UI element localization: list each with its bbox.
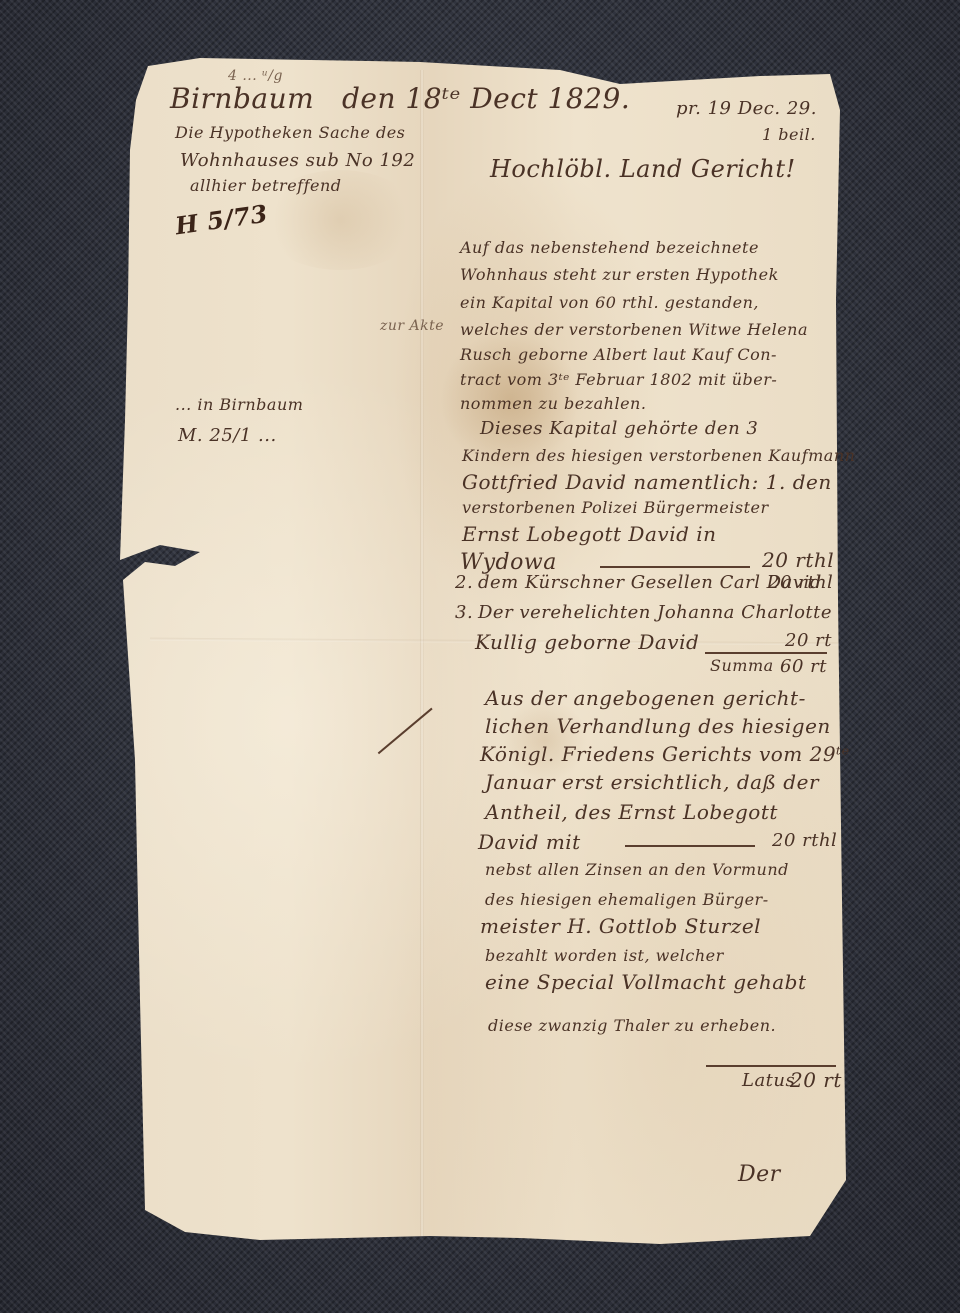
heir-3-number: 3.: [455, 602, 473, 623]
heir-1-amount: 20 rthl: [762, 548, 834, 572]
para2-line-1: Dieses Kapital gehörte den 3: [480, 418, 758, 439]
summa-label: Summa: [710, 656, 774, 675]
margin-note-2: M. 25/1 ...: [178, 425, 277, 446]
enclosure-note: 1 beil.: [762, 125, 816, 144]
para3-line-3: Königl. Friedens Gerichts vom 29ᵗᵉ: [480, 742, 850, 766]
heir-3-name-cont: Kullig geborne David: [475, 630, 699, 654]
latus-amount: 20 rt: [790, 1068, 842, 1092]
para3-line-5: Antheil, des Ernst Lobegott: [485, 800, 778, 824]
para1-line-4: welches der verstorbenen Witwe Helena: [460, 320, 808, 339]
para3-line-11: eine Special Vollmacht gehabt: [485, 970, 807, 994]
leader-line: [625, 845, 755, 847]
vertical-fold-line: [420, 70, 424, 1240]
para3-line-10: bezahlt worden ist, welcher: [485, 946, 724, 965]
para1-line-3: ein Kapital von 60 rthl. gestanden,: [460, 293, 759, 312]
latus-rule: [706, 1065, 836, 1067]
document-photo: 4 ... ᵘ/g Birnbaum den 18ᵗᵉ Dect 1829. p…: [0, 0, 960, 1313]
place-name: Birnbaum: [170, 82, 314, 115]
para3-amount: 20 rthl: [772, 830, 837, 851]
heir-2-number: 2.: [455, 572, 473, 593]
heir-3-name: Der verehelichten Johanna Charlotte: [478, 602, 832, 623]
para2-line-2: Kindern des hiesigen verstorbenen Kaufma…: [462, 446, 855, 465]
summa-amount: 60 rt: [780, 656, 827, 677]
para3-line-6: David mit: [478, 830, 581, 854]
para1-line-1: Auf das nebenstehend bezeichnete: [460, 238, 759, 257]
para1-line-6: tract vom 3ᵗᵉ Februar 1802 mit über-: [460, 370, 777, 389]
margin-note-3: zur Akte: [380, 318, 444, 334]
margin-note-1: ... in Birnbaum: [175, 395, 303, 414]
received-note: pr. 19 Dec. 29.: [676, 98, 817, 119]
para1-line-2: Wohnhaus steht zur ersten Hypothek: [460, 265, 779, 284]
para2-line-3: Gottfried David namentlich: 1. den: [462, 470, 832, 494]
subject-line-2: Wohnhauses sub No 192: [180, 150, 415, 171]
para2-line-5: Ernst Lobegott David in: [462, 522, 717, 546]
leader-line: [600, 566, 750, 568]
latus-label: Latus: [742, 1070, 795, 1091]
para3-line-8: des hiesigen ehemaligen Bürger-: [485, 890, 769, 909]
sum-rule: [705, 652, 827, 654]
letter-date: den 18ᵗᵉ Dect 1829.: [342, 82, 630, 115]
para3-line-9: meister H. Gottlob Sturzel: [480, 914, 761, 938]
para1-line-5: Rusch geborne Albert laut Kauf Con-: [460, 345, 777, 364]
subject-line-1: Die Hypotheken Sache des: [175, 123, 405, 142]
para3-line-1: Aus der angebogenen gericht-: [485, 686, 806, 710]
para1-line-7: nommen zu bezahlen.: [460, 394, 646, 413]
water-stain: [500, 700, 590, 780]
salutation: Hochlöbl. Land Gericht!: [490, 155, 796, 183]
para3-line-7: nebst allen Zinsen an den Vormund: [485, 860, 789, 879]
para3-line-12: diese zwanzig Thaler zu erheben.: [488, 1016, 776, 1035]
para3-line-2: lichen Verhandlung des hiesigen: [485, 714, 831, 738]
catchword: Der: [738, 1162, 781, 1187]
heir-3-amount: 20 rt: [785, 630, 832, 651]
para3-line-4: Januar erst ersichtlich, daß der: [485, 770, 819, 794]
heir-2-amount: 20 rthl: [768, 572, 833, 593]
subject-line-3: allhier betreffend: [190, 176, 342, 195]
para2-line-4: verstorbenen Polizei Bürgermeister: [462, 498, 769, 517]
